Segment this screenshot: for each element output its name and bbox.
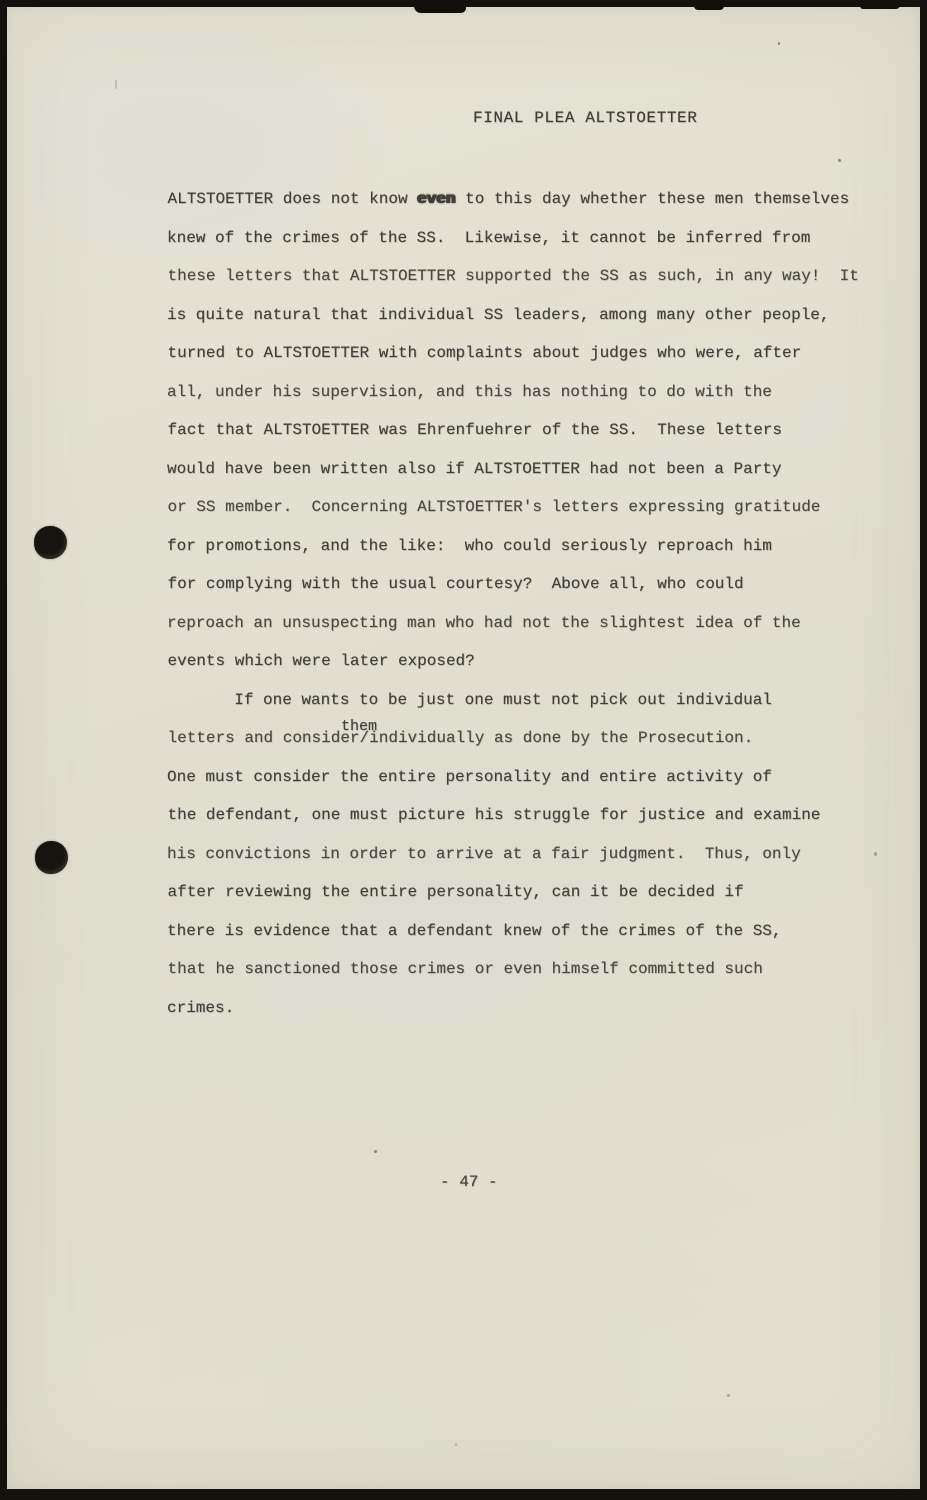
text-line: is quite natural that individual SS lead… — [167, 296, 887, 335]
scan-artifact — [694, 0, 724, 10]
text-line: his convictions in order to arrive at a … — [167, 835, 887, 874]
scan-artifact — [414, 0, 466, 13]
document-body: ALTSTOETTER does not know even to this d… — [167, 180, 887, 1027]
paper-speck — [374, 1150, 377, 1153]
scan-artifact — [860, 0, 900, 9]
text-line: reproach an unsuspecting man who had not… — [167, 604, 887, 643]
text-line: turned to ALTSTOETTER with complaints ab… — [168, 334, 888, 373]
text-line: that he sanctioned those crimes or even … — [168, 950, 888, 989]
text-line: If one wants to be just one must not pic… — [167, 681, 887, 720]
paper-speck — [838, 159, 841, 162]
text-line: events which were later exposed? — [168, 642, 888, 681]
text-line: knew of the crimes of the SS. Likewise, … — [167, 219, 887, 258]
text-line: ALTSTOETTER does not know even to this d… — [168, 180, 888, 219]
hole-punch — [34, 526, 67, 559]
page-number: - 47 - — [440, 1173, 498, 1191]
paper-speck — [455, 1443, 457, 1446]
text-line: for promotions, and the like: who could … — [167, 527, 887, 566]
overtyped-word: even — [417, 190, 455, 208]
text-line: or SS member. Concerning ALTSTOETTER's l… — [168, 488, 888, 527]
text-line: after reviewing the entire personality, … — [168, 873, 888, 912]
text-line: One must consider the entire personality… — [167, 758, 887, 797]
hole-punch — [35, 841, 68, 874]
text-line: these letters that ALTSTOETTER supported… — [168, 257, 888, 296]
paper-speck — [778, 42, 780, 45]
text-line: letters and consider/individually as don… — [168, 719, 888, 758]
text-line: crimes. — [167, 989, 887, 1028]
interlinear-insertion: them — [341, 718, 377, 735]
paper-speck — [727, 1394, 730, 1397]
text-line: fact that ALTSTOETTER was Ehrenfuehrer o… — [168, 411, 888, 450]
text-line: all, under his supervision, and this has… — [167, 373, 887, 412]
document-title: FINAL PLEA ALTSTOETTER — [473, 109, 697, 127]
paper-speck — [874, 852, 877, 856]
scan-backing: FINAL PLEA ALTSTOETTER ALTSTOETTER does … — [0, 0, 927, 1500]
text-line: would have been written also if ALTSTOET… — [167, 450, 887, 489]
text-line: for complying with the usual courtesy? A… — [168, 565, 888, 604]
text-line: the defendant, one must picture his stru… — [168, 796, 888, 835]
paper-speck — [115, 80, 117, 89]
text-line: there is evidence that a defendant knew … — [167, 912, 887, 951]
